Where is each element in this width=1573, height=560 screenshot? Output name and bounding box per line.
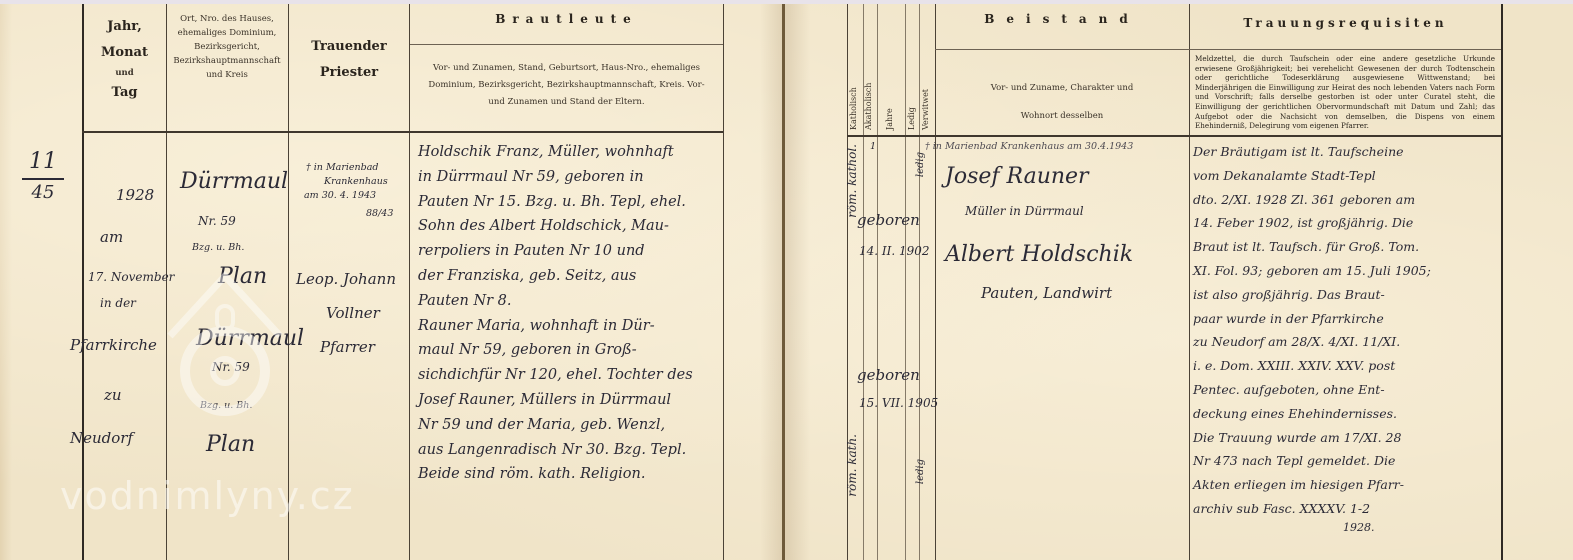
date-parish: Neudorf — [70, 429, 133, 447]
date-church: Pfarrkirche — [70, 336, 157, 354]
rule-priest-couple — [409, 4, 410, 560]
header-years: Jahre — [885, 94, 894, 130]
rule-witness-end — [1189, 4, 1190, 560]
couple-line: Pauten Nr 8. — [418, 289, 693, 314]
header-widowed: Verwitwet — [921, 68, 930, 130]
header-catholic: Katholisch — [849, 68, 858, 130]
left-page: Jahr, Monat und Tag Ort, Nro. des Hauses… — [0, 4, 783, 560]
header-requisites-desc: Meldzettel, die durch Taufschein oder ei… — [1195, 54, 1495, 131]
groom-birth-label: geboren — [857, 211, 920, 229]
requisites-line: 1928. — [1193, 521, 1431, 535]
requisites-line: vom Dekanalamte Stadt-Tepl — [1193, 164, 1431, 188]
rule-couple-end — [723, 4, 724, 560]
couple-line: Beide sind röm. kath. Religion. — [418, 462, 693, 487]
header-couple-title: Brautleute — [410, 12, 723, 26]
date-am: am — [100, 228, 123, 246]
groom-marital-status: ledig — [915, 152, 926, 177]
bride-birth-label: geboren — [857, 366, 920, 384]
rule-right-header-bottom — [847, 135, 1501, 137]
requisites-line: Der Bräutigam ist lt. Taufscheine — [1193, 140, 1431, 164]
rule-couple-title — [410, 44, 723, 45]
bride-religion: röm. kath. — [845, 434, 859, 497]
header-acatholic: Akatholisch — [864, 68, 873, 130]
header-priest-line1: Trauender — [289, 34, 409, 60]
right-page: Katholisch Akatholisch Jahre Ledig Verwi… — [785, 4, 1573, 560]
priest-title: Pfarrer — [320, 338, 375, 356]
header-priest: Trauender Priester — [289, 34, 409, 86]
requisites-line: paar wurde in der Pfarrkirche — [1193, 307, 1431, 331]
couple-line: Pauten Nr 15. Bzg. u. Bh. Tepl, ehel. — [418, 190, 693, 215]
requisites-line: i. e. Dom. XXIII. XXIV. XXV. post — [1193, 354, 1431, 378]
requisites-line: ist also großjährig. Das Braut- — [1193, 283, 1431, 307]
fraction-bar — [22, 178, 64, 180]
date-in-der: in der — [100, 296, 136, 310]
rule-witness-start — [935, 4, 936, 560]
couple-line: Nr 59 und der Maria, geb. Wenzl, — [418, 413, 693, 438]
rule-years — [877, 4, 878, 560]
requisites-line: archiv sub Fasc. XXXXV. 1-2 — [1193, 497, 1431, 521]
couple-line: aus Langenradisch Nr 30. Bzg. Tepl. — [418, 438, 693, 463]
date-day-month: 17. November — [88, 270, 174, 284]
requisites-line: zu Neudorf am 28/X. 4/XI. 11/XI. — [1193, 330, 1431, 354]
couple-line: maul Nr 59, geboren in Groß- — [418, 338, 693, 363]
header-witness-desc: Vor- und Zuname, Charakter und Wohnort d… — [975, 74, 1149, 130]
header-date-and: und — [83, 66, 166, 80]
requisites-line: dto. 2/XI. 1928 Zl. 361 geboren am — [1193, 188, 1431, 212]
header-date-month: Monat — [83, 40, 166, 66]
rule-single — [905, 4, 906, 560]
couple-line: in Dürrmaul Nr 59, geboren in — [418, 165, 693, 190]
bride-marital-status: ledig — [915, 459, 926, 484]
header-requisites-title: Trauungsrequisiten — [1190, 16, 1501, 30]
priest-death-note-ref: 88/43 — [366, 208, 393, 219]
requisites-line: Pentec. aufgeboten, ohne Ent- — [1193, 378, 1431, 402]
groom-religion: röm. kathol. — [845, 144, 859, 218]
rule-header-bottom — [82, 131, 723, 133]
header-place: Ort, Nro. des Hauses, ehemaliges Dominiu… — [172, 12, 282, 82]
couple-line: sichdichfür Nr 120, ehel. Tochter des — [418, 363, 693, 388]
date-zu: zu — [104, 386, 122, 404]
requisites-line: Akten erliegen im hiesigen Pfarr- — [1193, 473, 1431, 497]
requisites-entry: Der Bräutigam ist lt. Taufscheine vom De… — [1193, 140, 1431, 535]
priest-death-note-3: am 30. 4. 1943 — [304, 190, 376, 201]
couple-line: rerpoliers in Pauten Nr 10 und — [418, 239, 693, 264]
entry-number: 11 — [22, 149, 64, 174]
groom-district: Bzg. u. Bh. — [192, 242, 244, 253]
couple-line: Josef Rauner, Müllers in Dürrmaul — [418, 388, 693, 413]
page-number: 45 — [22, 182, 64, 203]
date-year: 1928 — [116, 186, 154, 204]
header-date-day: Tag — [83, 80, 166, 106]
header-witness-title: Beistand — [935, 12, 1189, 26]
header-couple-desc: Vor- und Zunamen, Stand, Geburtsort, Hau… — [420, 60, 713, 111]
couple-line: der Franziska, geb. Seitz, aus — [418, 264, 693, 289]
groom-town: Dürrmaul — [180, 169, 288, 194]
requisites-line: XI. Fol. 93; geboren am 15. Juli 1905; — [1193, 259, 1431, 283]
groom-house: Nr. 59 — [198, 214, 236, 228]
header-date-year: Jahr, — [83, 14, 166, 40]
requisites-line: Nr 473 nach Tepl gemeldet. Die — [1193, 449, 1431, 473]
rule-requisites-end — [1501, 4, 1503, 560]
watermark-text: vodnimlyny.cz — [60, 474, 355, 518]
witness-death-note: † in Marienbad Krankenhaus am 30.4.1943 — [925, 141, 1133, 152]
margin-entry-number: 11 45 — [22, 149, 64, 203]
header-priest-line2: Priester — [289, 60, 409, 86]
couple-line: Holdschik Franz, Müller, wohnhaft — [418, 140, 693, 165]
register-spread: Jahr, Monat und Tag Ort, Nro. des Hauses… — [0, 4, 1573, 560]
rule-right-title — [935, 49, 1501, 50]
priest-death-note-2: Krankenhaus — [324, 176, 388, 187]
groom-birth-date: 14. II. 1902 — [859, 244, 930, 258]
watermark-mill-icon — [165, 266, 285, 426]
requisites-line: 14. Feber 1902, ist großjährig. Die — [1193, 211, 1431, 235]
couple-line: Rauner Maria, wohnhaft in Dür- — [418, 314, 693, 339]
requisites-line: Braut ist lt. Taufsch. für Groß. Tom. — [1193, 235, 1431, 259]
requisites-line: Die Trauung wurde am 17/XI. 28 — [1193, 426, 1431, 450]
witness-2-description: Pauten, Landwirt — [981, 284, 1112, 302]
couple-entry: Holdschik Franz, Müller, wohnhaft in Dür… — [418, 140, 693, 487]
groom-entry-mark: 1 — [870, 141, 876, 152]
requisites-line: deckung eines Ehehindernisses. — [1193, 402, 1431, 426]
witness-1-description: Müller in Dürrmaul — [965, 204, 1084, 218]
header-single: Ledig — [907, 100, 916, 130]
priest-surname: Vollner — [326, 304, 380, 322]
header-date: Jahr, Monat und Tag — [83, 14, 166, 106]
bride-birth-date: 15. VII. 1905 — [859, 396, 938, 410]
witness-2-name: Albert Holdschik — [945, 242, 1133, 267]
priest-death-note-1: † in Marienbad — [306, 162, 378, 173]
priest-first-name: Leop. Johann — [296, 270, 396, 288]
couple-line: Sohn des Albert Holdschick, Mau- — [418, 214, 693, 239]
bride-region: Plan — [206, 432, 255, 457]
witness-1-name: Josef Rauner — [945, 164, 1089, 189]
